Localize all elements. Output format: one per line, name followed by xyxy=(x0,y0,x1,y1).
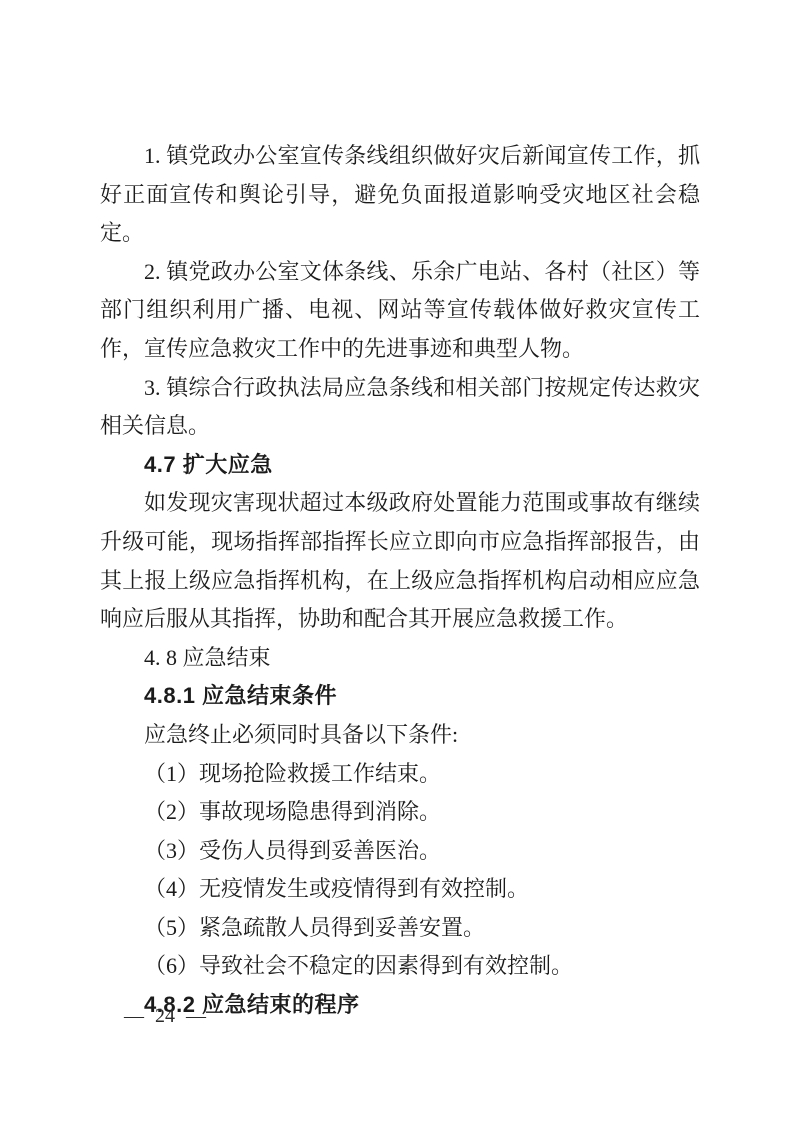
document-page: 1. 镇党政办公室宣传条线组织做好灾后新闻宣传工作，抓好正面宣传和舆论引导，避免… xyxy=(0,0,793,1122)
list-item: （1）现场抢险救援工作结束。 xyxy=(100,755,700,794)
paragraph: 如发现灾害现状超过本级政府处置能力范围或事故有继续升级可能，现场指挥部指挥长应立… xyxy=(100,484,700,638)
page-footer: — 24 — xyxy=(124,1001,206,1031)
paragraph: 3. 镇综合行政执法局应急条线和相关部门按规定传达救灾相关信息。 xyxy=(100,369,700,446)
footer-dash-left: — xyxy=(124,1001,144,1031)
document-body: 1. 镇党政办公室宣传条线组织做好灾后新闻宣传工作，抓好正面宣传和舆论引导，避免… xyxy=(100,137,700,1025)
list-item: （4）无疫情发生或疫情得到有效控制。 xyxy=(100,870,700,909)
footer-dash-right: — xyxy=(186,1001,206,1031)
section-heading: 4.7 扩大应急 xyxy=(100,446,700,485)
section-heading: 4. 8 应急结束 xyxy=(100,639,700,678)
page-number: 24 xyxy=(155,1001,175,1031)
paragraph: 1. 镇党政办公室宣传条线组织做好灾后新闻宣传工作，抓好正面宣传和舆论引导，避免… xyxy=(100,137,700,253)
list-item: （6）导致社会不稳定的因素得到有效控制。 xyxy=(100,947,700,986)
list-item: （5）紧急疏散人员得到妥善安置。 xyxy=(100,909,700,948)
section-heading: 4.8.1 应急结束条件 xyxy=(100,677,700,716)
paragraph: 2. 镇党政办公室文体条线、乐余广电站、各村（社区）等部门组织利用广播、电视、网… xyxy=(100,253,700,369)
list-item: （3）受伤人员得到妥善医治。 xyxy=(100,832,700,871)
paragraph: 应急终止必须同时具备以下条件: xyxy=(100,716,700,755)
list-item: （2）事故现场隐患得到消除。 xyxy=(100,793,700,832)
